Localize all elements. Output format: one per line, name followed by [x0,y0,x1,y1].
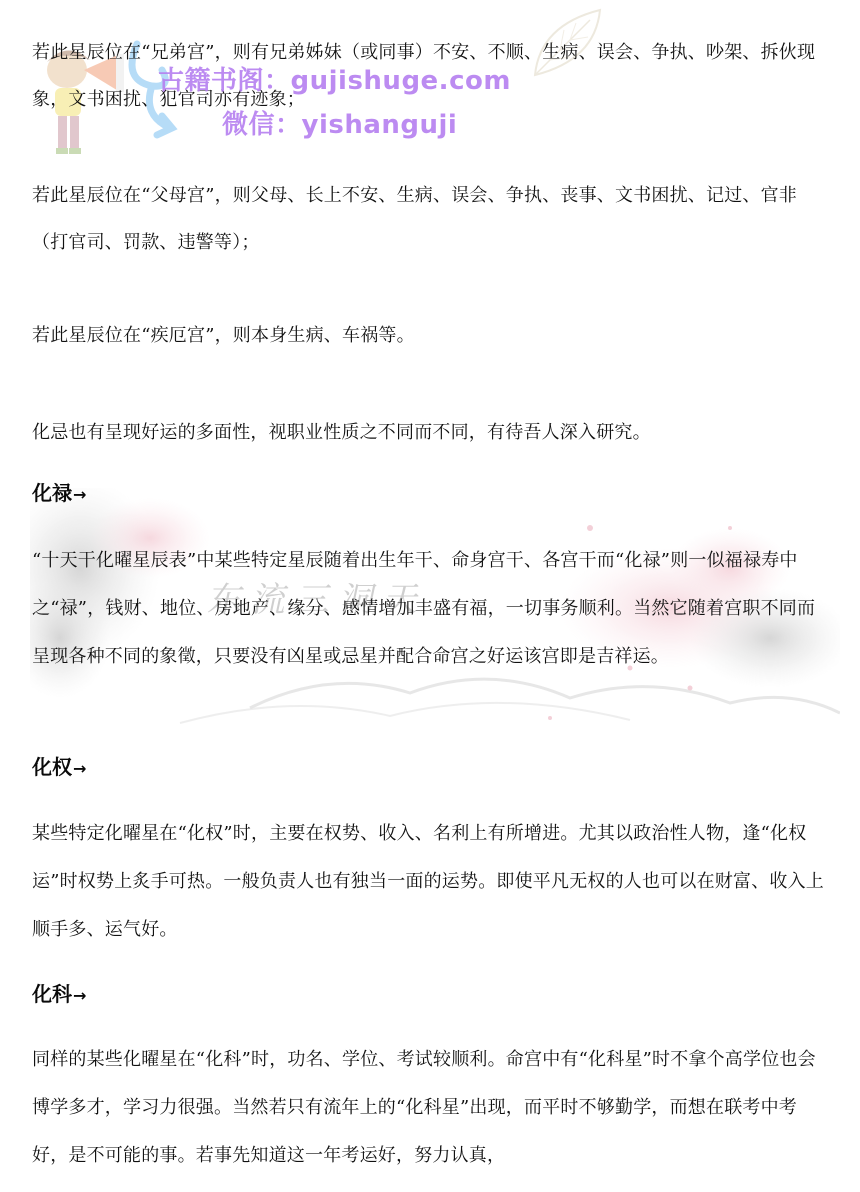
section-heading-hua-lu: 化禄→ [32,479,86,509]
watermark-site: 古籍书阁：gujishuge.com [158,60,511,97]
right-arrow-icon: → [73,759,86,778]
heading-text: 化禄 [32,481,72,505]
paragraph-health-palace: 若此星辰位在“疾厄宫”，则本身生病、车祸等。 [32,312,832,359]
section-heading-hua-ke: 化科→ [32,980,86,1010]
section-body-hua-quan: 某些特定化曜星在“化权”时，主要在权势、收入、名利上有所增进。尤其以政治性人物，… [32,810,832,954]
section-body-hua-lu: “十天干化曜星辰表”中某些特定星辰随着出生年干、命身宫干、各宫干而“化禄”则一似… [32,537,832,681]
section-body-hua-ke: 同样的某些化曜星在“化科”时，功名、学位、考试较顺利。命宫中有“化科星”时不拿个… [32,1036,832,1180]
heading-text: 化权 [32,755,72,779]
right-arrow-icon: → [73,485,86,504]
document-page: 古籍书阁：gujishuge.com 微信：yishanguji 东流三洞天 若… [0,0,860,1192]
paragraph-hua-ji-summary: 化忌也有呈现好运的多面性，视职业性质之不同而不同，有待吾人深入研究。 [32,409,832,456]
watermark-wechat: 微信：yishanguji [222,104,457,141]
section-heading-hua-quan: 化权→ [32,753,86,783]
heading-text: 化科 [32,982,72,1006]
right-arrow-icon: → [73,986,86,1005]
paragraph-parents-palace: 若此星辰位在“父母宫”，则父母、长上不安、生病、误会、争执、丧事、文书困扰、记过… [32,172,832,266]
